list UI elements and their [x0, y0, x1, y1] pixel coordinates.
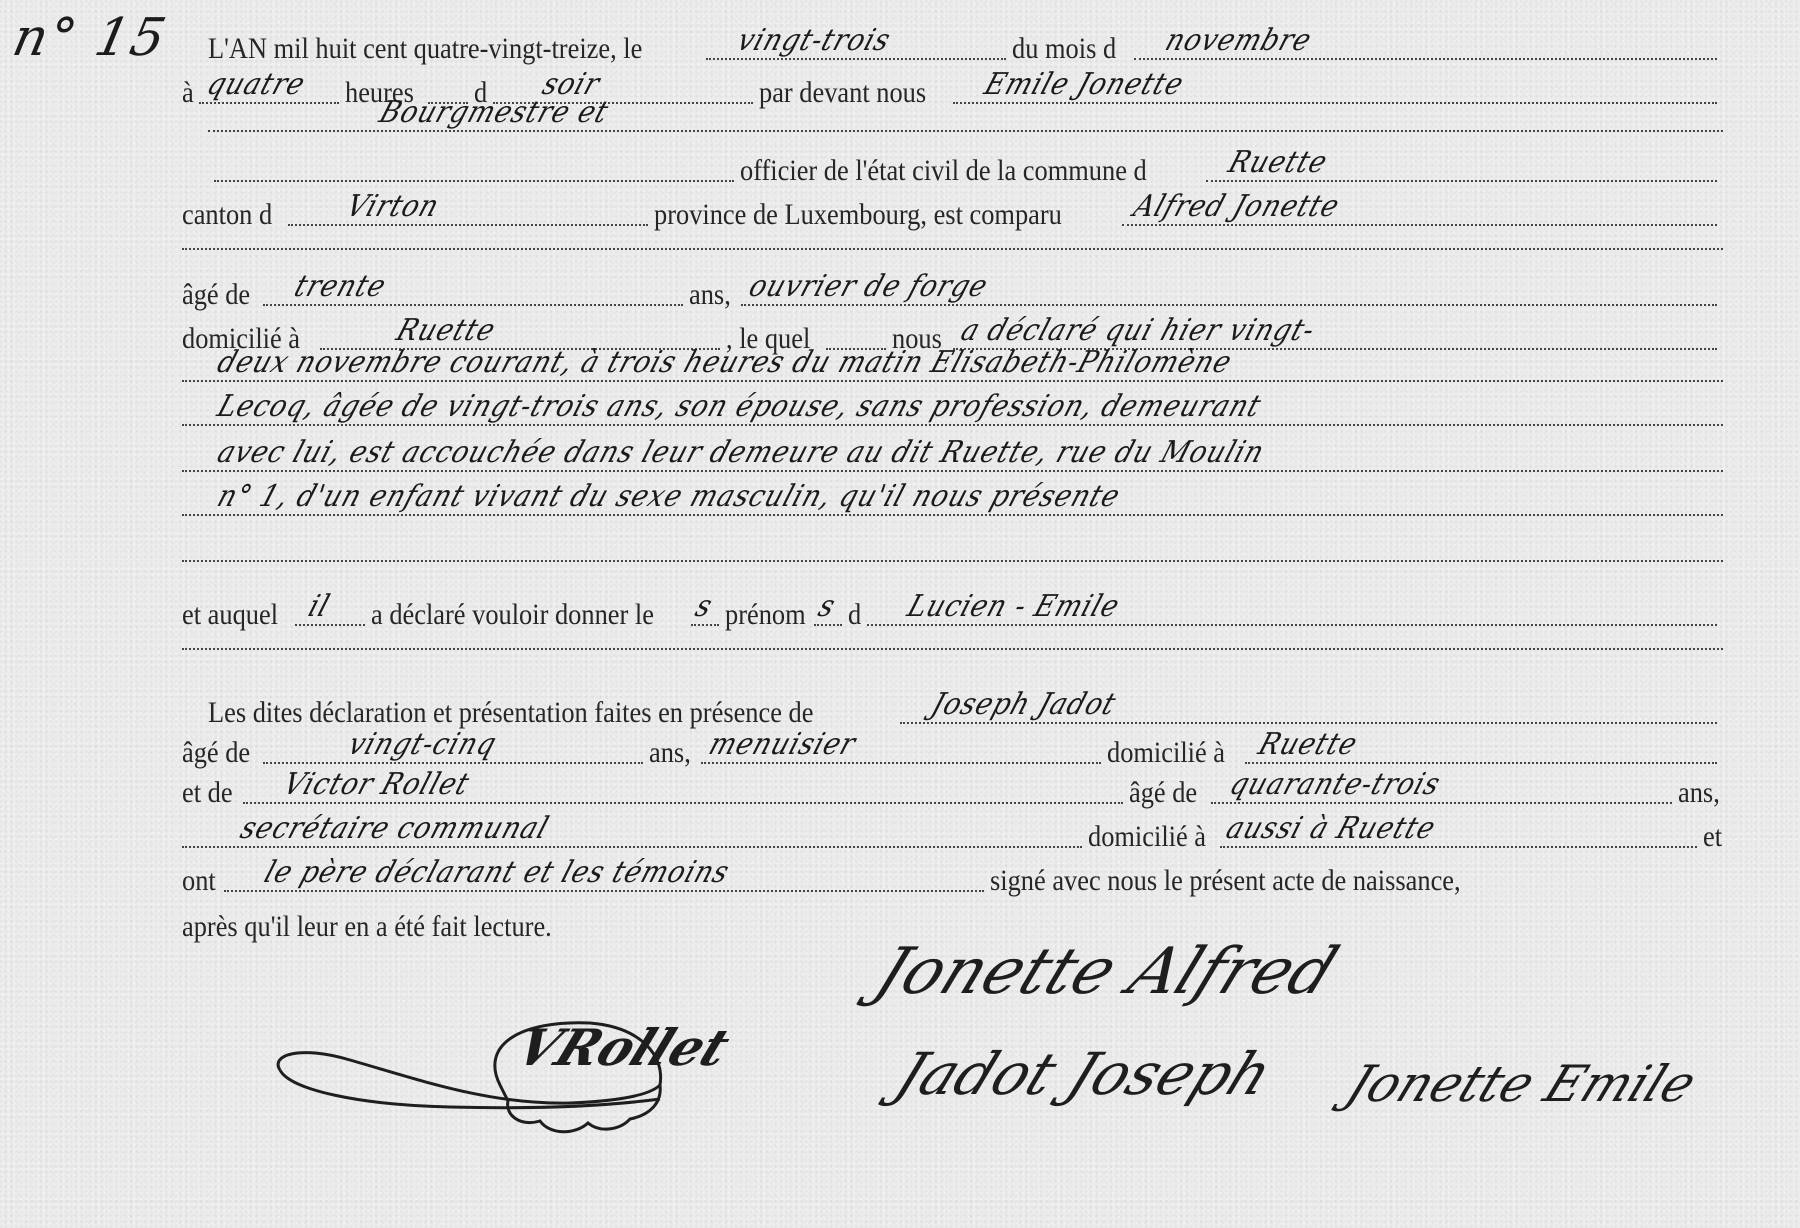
handwritten-witness1-domicile: Ruette	[1245, 728, 1362, 762]
field-witness1-profession: menuisier	[701, 722, 1101, 764]
field-blank	[214, 140, 734, 182]
signature-officer: Jonette Emile	[1338, 1055, 1705, 1113]
field-declarant-profession: ouvrier de forge	[741, 264, 1717, 306]
signature-witness1: Jadot Joseph	[886, 1040, 1282, 1108]
field-narrative-3: avec lui, est accouchée dans leur demeur…	[182, 430, 1723, 472]
handwritten-witness1-name: Joseph Jadot	[900, 688, 1120, 722]
printed-text: à	[182, 76, 194, 114]
printed-text: après qu'il leur en a été fait lecture.	[182, 910, 552, 948]
signature-declarant: Jonette Alfred	[865, 935, 1348, 1009]
field-witness2-profession: secrétaire communal	[182, 806, 1082, 848]
field-blank-line	[182, 608, 1723, 650]
entry-number: n° 15	[8, 8, 173, 68]
printed-text: signé avec nous le présent acte de naiss…	[990, 864, 1461, 902]
field-witness1-name: Joseph Jadot	[900, 682, 1717, 724]
handwritten-signatories: le père déclarant et les témoins	[224, 856, 734, 890]
field-narrative-1: deux novembre courant, à trois heures du…	[182, 340, 1723, 382]
handwritten-witness1-profession: menuisier	[701, 728, 860, 762]
field-officer-title: Bourgmestre et	[208, 90, 1723, 132]
handwritten-month: novembre	[1134, 24, 1316, 58]
field-signatories: le père déclarant et les témoins	[224, 850, 984, 892]
handwritten-day: vingt-trois	[706, 24, 895, 58]
field-day: vingt-trois	[706, 18, 1006, 60]
field-narrative-4: n° 1, d'un enfant vivant du sexe masculi…	[182, 474, 1723, 516]
handwritten-narrative: deux novembre courant, à trois heures du…	[186, 346, 1236, 380]
signature-witness2: VRollet	[508, 1018, 738, 1077]
field-witness2-name: Victor Rollet	[243, 762, 1123, 804]
handwritten-witness2-name: Victor Rollet	[243, 768, 474, 802]
handwritten-witness2-age: quarante-trois	[1211, 768, 1445, 802]
handwritten-declarant-profession: ouvrier de forge	[741, 270, 992, 304]
field-witness1-age: vingt-cinq	[263, 722, 643, 764]
handwritten-witness2-profession: secrétaire communal	[182, 812, 553, 846]
handwritten-narrative: n° 1, d'un enfant vivant du sexe masculi…	[186, 480, 1124, 514]
field-commune: Ruette	[1206, 140, 1717, 182]
field-witness1-domicile: Ruette	[1245, 722, 1717, 764]
line-signatories: ont le père déclarant et les témoins sig…	[182, 852, 1723, 902]
line-reading: après qu'il leur en a été fait lecture.	[182, 898, 982, 948]
field-blank-line	[182, 520, 1723, 562]
handwritten-declarant-age: trente	[263, 270, 390, 304]
field-witness2-domicile: aussi à Ruette	[1220, 806, 1697, 848]
birth-certificate: n° 15 L'AN mil huit cent quatre-vingt-tr…	[0, 0, 1800, 1228]
handwritten-commune: Ruette	[1206, 146, 1332, 180]
field-blank-line	[182, 208, 1723, 250]
handwritten-officer-title: Bourgmestre et	[348, 96, 613, 130]
printed-text: ont	[182, 864, 216, 902]
handwritten-witness2-domicile: aussi à Ruette	[1220, 812, 1440, 846]
field-declarant-age: trente	[263, 264, 683, 306]
handwritten-witness1-age: vingt-cinq	[263, 728, 501, 762]
field-witness2-age: quarante-trois	[1211, 762, 1672, 804]
field-month: novembre	[1134, 18, 1717, 60]
handwritten-narrative: avec lui, est accouchée dans leur demeur…	[186, 436, 1269, 470]
handwritten-narrative: Lecoq, âgée de vingt-trois ans, son épou…	[186, 390, 1266, 424]
field-narrative-2: Lecoq, âgée de vingt-trois ans, son épou…	[182, 384, 1723, 426]
